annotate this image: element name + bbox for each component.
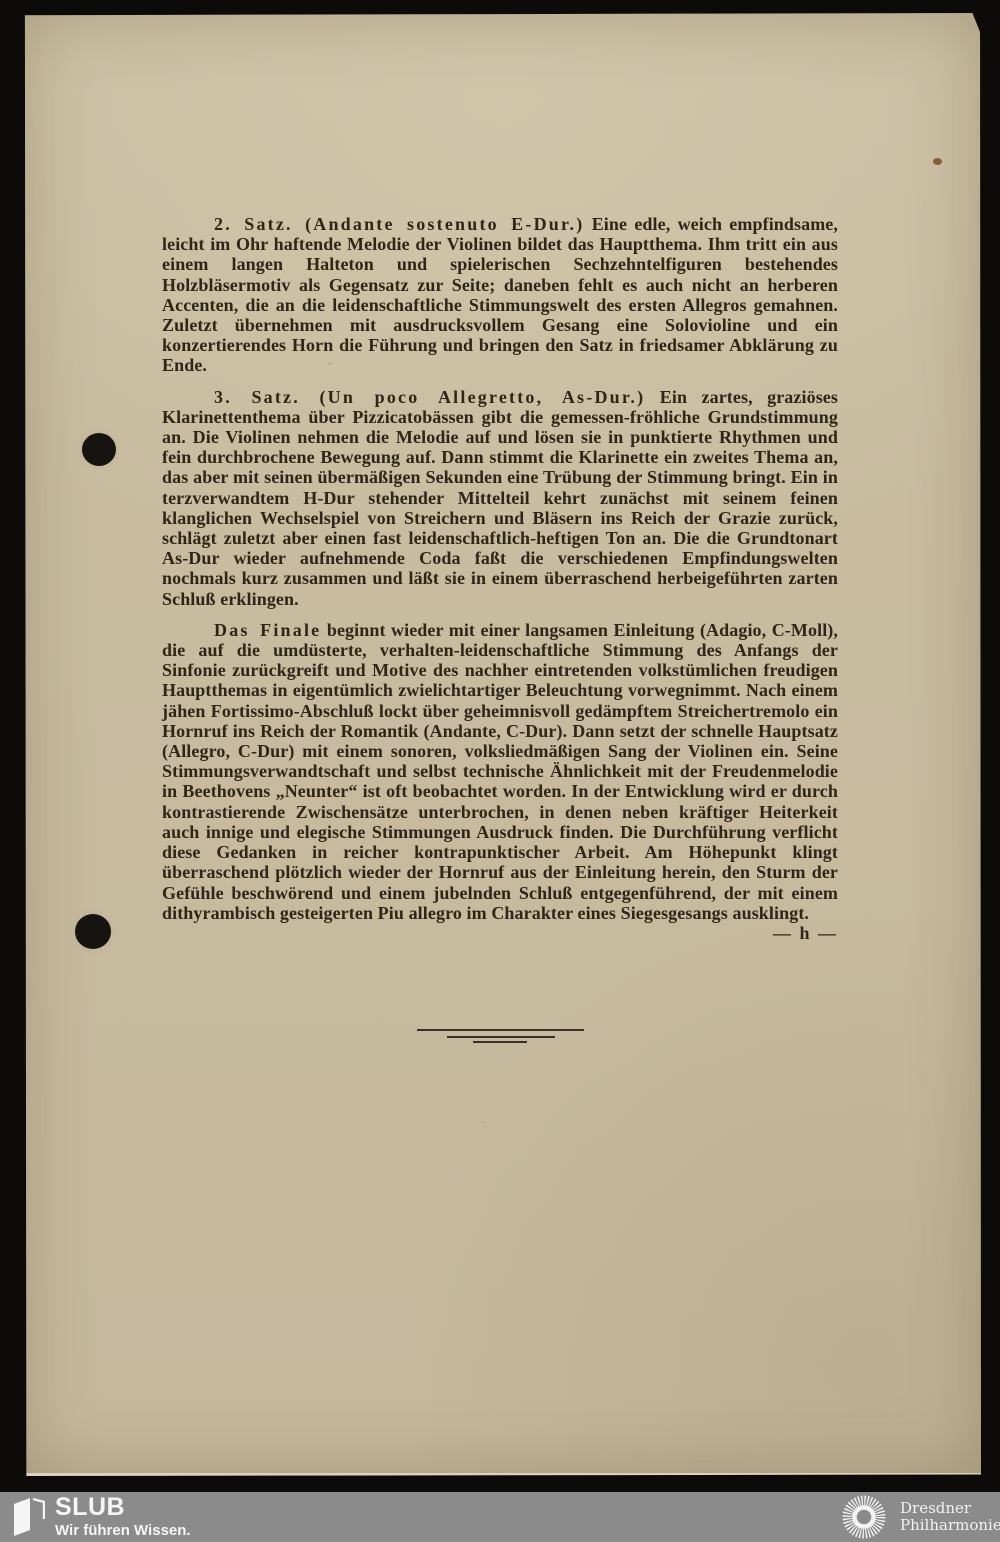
movement-heading: 3. Satz. (Un poco Allegretto, As-Dur.) (214, 387, 645, 407)
divider-line (417, 1029, 584, 1031)
branding-footer: SLUB Wir führen Wissen. Dresdner Philhar… (0, 1492, 1000, 1542)
slub-tagline: Wir führen Wissen. (55, 1523, 191, 1539)
paragraph: 2. Satz. (Andante sostenuto E-Dur.) Eine… (162, 214, 838, 376)
paragraph-text: beginnt wieder mit einer langsamen Einle… (162, 620, 838, 923)
section-divider (417, 1029, 587, 1045)
divider-line (447, 1036, 555, 1038)
paragraph-text: Ein zartes, graziöses Klarinettenthema ü… (162, 387, 838, 609)
partner-name-line1: Dresdner (900, 1500, 1000, 1518)
slub-logo-icon (13, 1496, 45, 1536)
slub-text: SLUB Wir führen Wissen. (55, 1494, 191, 1539)
punch-hole-top (82, 433, 116, 466)
partner-name-line2: Philharmonie (900, 1517, 1000, 1535)
divider-line (473, 1041, 527, 1043)
dresdner-philharmonie-logo-icon (840, 1493, 888, 1541)
slub-wordmark: SLUB (55, 1494, 191, 1520)
text-block: 2. Satz. (Andante sostenuto E-Dur.) Eine… (162, 214, 838, 943)
partner-name: Dresdner Philharmonie (900, 1500, 1000, 1535)
movement-heading: Das Finale (214, 620, 321, 640)
paragraph-text: Eine edle, weich empfindsame, leicht im … (162, 214, 838, 375)
dresdner-philharmonie-branding: Dresdner Philharmonie (840, 1493, 1000, 1541)
paragraph: 3. Satz. (Un poco Allegretto, As-Dur.) E… (162, 387, 838, 609)
author-initial: — h — (773, 923, 838, 943)
scan-viewer: 2. Satz. (Andante sostenuto E-Dur.) Eine… (0, 0, 1000, 1542)
movement-heading: 2. Satz. (Andante sostenuto E-Dur.) (214, 214, 584, 234)
paragraph: Das Finale beginnt wieder mit einer lang… (162, 620, 838, 923)
paper-stain (933, 158, 942, 165)
scanned-page: 2. Satz. (Andante sostenuto E-Dur.) Eine… (23, 13, 981, 1476)
slub-branding: SLUB Wir führen Wissen. (13, 1494, 191, 1539)
punch-hole-bottom (75, 914, 111, 949)
